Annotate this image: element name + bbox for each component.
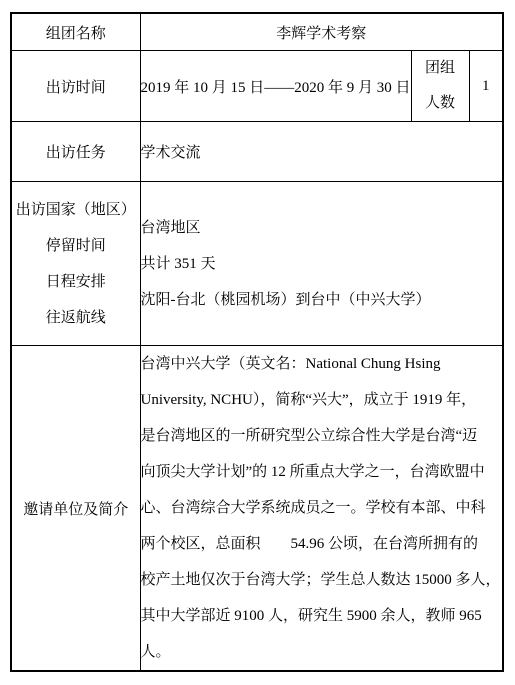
visit-task-value: 学术交流: [140, 122, 503, 182]
invitation-paragraph-line4: 向顶尖大学计划”的 12 所重点大学之一，台湾欧盟中: [141, 454, 503, 490]
group-size-label: 团组 人数: [411, 51, 469, 122]
group-size-label-line1: 团组: [412, 51, 469, 86]
invitation-value: 台湾中兴大学（英文名：National Chung Hsing Universi…: [140, 346, 503, 672]
invitation-paragraph-line1: 台湾中兴大学（英文名：National Chung Hsing: [141, 346, 503, 382]
invitation-paragraph-line2: University, NCHU），简称“兴大”，成立于 1919 年，: [141, 382, 503, 418]
destination-label-line4: 往返航线: [12, 300, 140, 336]
group-size-label-line2: 人数: [412, 86, 469, 121]
destination-region: 台湾地区: [141, 210, 503, 246]
visit-approval-form-table: 组团名称 李辉学术考察 出访时间 2019 年 10 月 15 日——2020 …: [10, 12, 504, 672]
invitation-paragraph-line8: 其中大学部近 9100 人，研究生 5900 余人，教师 965: [141, 598, 503, 634]
invitation-paragraph-line5: 心、台湾综合大学系统成员之一。学校有本部、中科: [141, 490, 503, 526]
visit-time-label: 出访时间: [11, 51, 140, 122]
destination-duration: 共计 351 天: [141, 246, 503, 282]
group-size-value: 1: [469, 51, 503, 122]
invitation-label: 邀请单位及简介: [11, 346, 140, 672]
row-destination: 出访国家（地区） 停留时间 日程安排 往返航线 台湾地区 共计 351 天 沈阳…: [11, 182, 503, 346]
row-visit-time: 出访时间 2019 年 10 月 15 日——2020 年 9 月 30 日 团…: [11, 51, 503, 122]
visit-task-label: 出访任务: [11, 122, 140, 182]
destination-label-line3: 日程安排: [12, 264, 140, 300]
destination-label: 出访国家（地区） 停留时间 日程安排 往返航线: [11, 182, 140, 346]
row-invitation: 邀请单位及简介 台湾中兴大学（英文名：National Chung Hsing …: [11, 346, 503, 672]
invitation-paragraph-line9: 人。: [141, 634, 503, 670]
invitation-paragraph-line3: 是台湾地区的一所研究型公立综合性大学是台湾“迈: [141, 418, 503, 454]
row-visit-task: 出访任务 学术交流: [11, 122, 503, 182]
group-name-label: 组团名称: [11, 13, 140, 51]
destination-label-line1: 出访国家（地区）: [12, 192, 140, 228]
visit-time-value: 2019 年 10 月 15 日——2020 年 9 月 30 日: [140, 51, 411, 122]
destination-route: 沈阳-台北（桃园机场）到台中（中兴大学）: [141, 282, 503, 318]
invitation-paragraph-line6: 两个校区，总面积 54.96 公顷，在台湾所拥有的: [141, 526, 503, 562]
row-group-name: 组团名称 李辉学术考察: [11, 13, 503, 51]
destination-label-line2: 停留时间: [12, 228, 140, 264]
destination-value: 台湾地区 共计 351 天 沈阳-台北（桃园机场）到台中（中兴大学）: [140, 182, 503, 346]
invitation-paragraph-line7: 校产土地仅次于台湾大学；学生总人数达 15000 多人，: [141, 562, 503, 598]
group-name-value: 李辉学术考察: [140, 13, 503, 51]
